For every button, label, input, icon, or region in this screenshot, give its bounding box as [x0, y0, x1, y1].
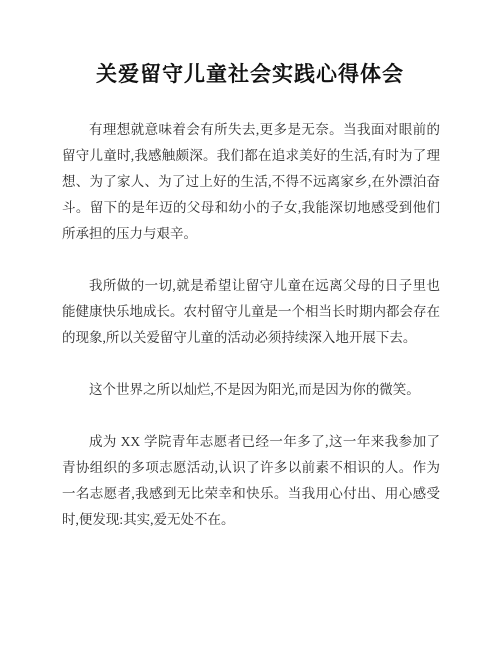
document-page: 关爱留守儿童社会实践心得体会 有理想就意味着会有所失去,更多是无奈。当我面对眼前…: [0, 0, 500, 647]
paragraph: 有理想就意味着会有所失去,更多是无奈。当我面对眼前的留守儿童时,我感触颇深。我们…: [62, 117, 440, 247]
document-body: 有理想就意味着会有所失去,更多是无奈。当我面对眼前的留守儿童时,我感触颇深。我们…: [62, 117, 440, 533]
paragraph: 这个世界之所以灿烂,不是因为阳光,而是因为你的微笑。: [62, 377, 440, 403]
paragraph: 成为 XX 学院青年志愿者已经一年多了,这一年来我参加了青协组织的多项志愿活动,…: [62, 429, 440, 533]
paragraph: 我所做的一切,就是希望让留守儿童在远离父母的日子里也能健康快乐地成长。农村留守儿…: [62, 273, 440, 351]
document-title: 关爱留守儿童社会实践心得体会: [40, 62, 460, 86]
